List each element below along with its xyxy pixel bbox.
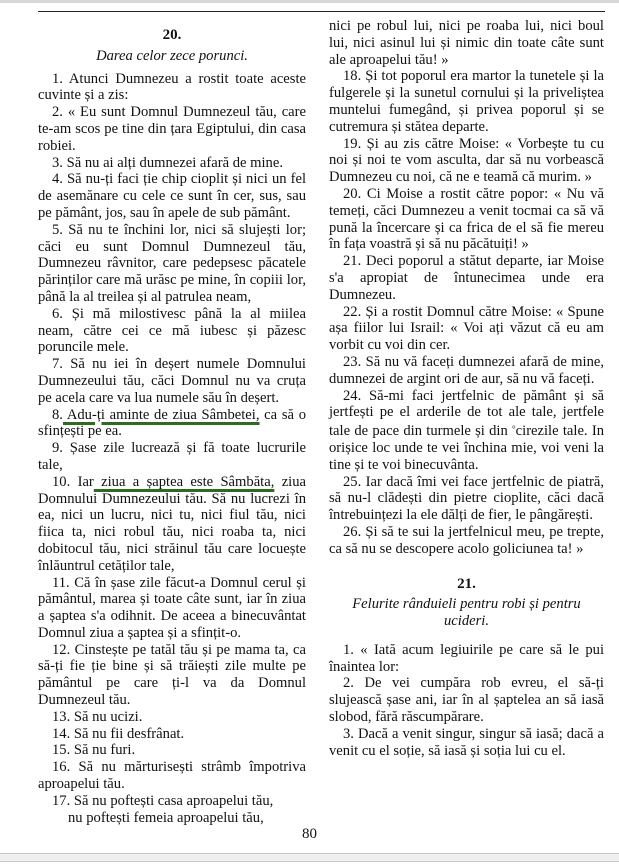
verse: 3. Să nu ai alți dumnezei afară de mine. bbox=[38, 155, 306, 172]
section-title: Felurite rânduieli pentru robi și pentru… bbox=[329, 596, 604, 630]
viewer-top-border bbox=[0, 0, 619, 3]
verse-highlighted: 8. Adu-ți aminte de ziua Sâmbetei, ca să… bbox=[38, 407, 306, 441]
verse: 22. Și a rostit Domnul către Moise: « Sp… bbox=[329, 304, 604, 354]
verse: 18. Și tot poporul era martor la tunetel… bbox=[329, 68, 604, 135]
verse: 23. Să nu vă faceți dumnezei afară de mi… bbox=[329, 354, 604, 388]
verse: 15. Să nu furi. bbox=[38, 742, 306, 759]
verse: 1. « Iată acum legiuirile pe care să le … bbox=[329, 642, 604, 676]
green-underline-highlight: Adu-ți aminte de ziua Sâmbetei, bbox=[63, 407, 260, 423]
viewer-bottom-border bbox=[0, 861, 619, 862]
verse: 24. Să-mi faci jertfelnic de pământ și s… bbox=[329, 388, 604, 474]
verse: 11. Că în șase zile făcut-a Domnul cerul… bbox=[38, 575, 306, 642]
verse: 25. Iar dacă îmi vei face jertfelnic de … bbox=[329, 474, 604, 524]
verse: 20. Ci Moise a rostit către popor: « Nu … bbox=[329, 186, 604, 253]
verse-continuation: nu poftești femeia aproapelui tău, bbox=[38, 810, 306, 827]
verse: 6. Și mă milostivesc până la al miilea n… bbox=[38, 306, 306, 356]
right-column: nici pe robul lui, nici pe roaba lui, ni… bbox=[329, 18, 604, 759]
viewer-page-gap bbox=[0, 854, 619, 861]
verse-highlighted: 10. Iar ziua a șaptea este Sâmbăta, ziua… bbox=[38, 474, 306, 575]
verse-prefix: 10. Iar bbox=[52, 474, 94, 490]
section-title: Darea celor zece porunci. bbox=[38, 48, 306, 65]
verse: 9. Șase zile lucrează și fă toate lucrur… bbox=[38, 440, 306, 474]
left-column: 20. Darea celor zece porunci. 1. Atunci … bbox=[38, 27, 306, 826]
verse: 2. De vei cumpăra rob evreu, el să-ți sl… bbox=[329, 675, 604, 725]
section-number: 21. bbox=[329, 576, 604, 593]
verse-prefix: 8. bbox=[52, 407, 63, 423]
verse: 5. Să nu te închini lor, nici să slujeșt… bbox=[38, 222, 306, 306]
verse: 13. Să nu ucizi. bbox=[38, 709, 306, 726]
page-number: 80 bbox=[0, 826, 619, 843]
verse: 17. Să nu poftești casa aproapelui tău, bbox=[38, 793, 306, 810]
verse: 12. Cinstește pe tatăl tău și pe mama ta… bbox=[38, 642, 306, 709]
verse-continuation: nici pe robul lui, nici pe roaba lui, ni… bbox=[329, 18, 604, 68]
verse: 3. Dacă a venit singur, singur să iasă; … bbox=[329, 726, 604, 760]
verse: 21. Deci poporul a stătut departe, iar M… bbox=[329, 253, 604, 303]
verse: 1. Atunci Dumnezeu a rostit toate aceste… bbox=[38, 71, 306, 105]
verse: 26. Și să te sui la jertfelnicul meu, pe… bbox=[329, 524, 604, 558]
verse: 4. Să nu-ți faci ție chip cioplit și nic… bbox=[38, 171, 306, 221]
verse: 14. Să nu fii desfrânat. bbox=[38, 726, 306, 743]
verse: 19. Și au zis către Moise: « Vorbește tu… bbox=[329, 136, 604, 186]
verse: 7. Să nu iei în deșert numele Domnului D… bbox=[38, 356, 306, 406]
page-header-rule bbox=[38, 11, 605, 12]
section-number: 20. bbox=[38, 27, 306, 44]
green-underline-highlight: ziua a șaptea este Sâmbăta, bbox=[94, 474, 275, 490]
verse: 16. Să nu mărturisești strâmb împotriva … bbox=[38, 759, 306, 793]
section-gap bbox=[329, 558, 604, 576]
verse: 2. « Eu sunt Domnul Dumnezeul tău, care … bbox=[38, 104, 306, 154]
